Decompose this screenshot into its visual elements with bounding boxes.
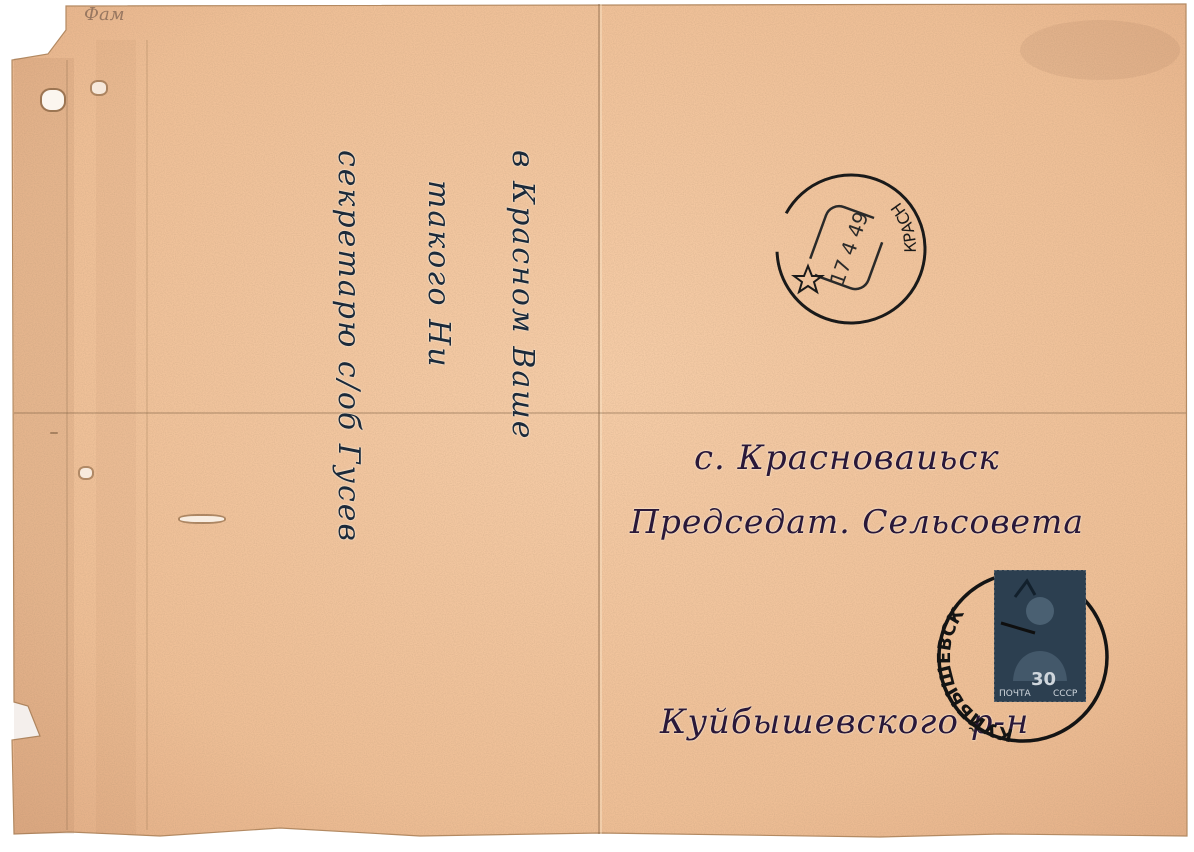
vertical-fold-highlight	[600, 4, 602, 834]
punch-hole	[42, 90, 64, 110]
postage-stamp: 30 ПОЧТА СССР	[994, 570, 1086, 702]
stamp-label-left: ПОЧТА	[999, 689, 1031, 699]
left-handwriting-line-3: секретарю с/об Гусев	[331, 150, 366, 543]
paper-mark	[50, 432, 58, 434]
punch-hole	[92, 82, 106, 94]
left-margin-fold	[66, 60, 68, 830]
stamp-denomination: 30	[1031, 669, 1056, 690]
star-icon	[794, 266, 822, 292]
left-handwriting-line-2: такого Ни	[421, 180, 456, 369]
corner-note: Фам	[84, 4, 125, 25]
left-handwriting-line-1: в Красном Ваше	[505, 150, 540, 440]
punch-hole	[80, 468, 92, 478]
horizontal-fold-line	[14, 412, 1186, 414]
stamp-label-right: СССР	[1053, 689, 1077, 699]
address-line-village: с. Красноваиьск	[694, 438, 1000, 478]
left-inner-fold	[146, 40, 148, 830]
address-line-recipient: Председат. Сельсовета	[630, 502, 1084, 541]
postmark-date: 17 4 49	[825, 208, 874, 288]
scanned-letter: Фам в Красном Ваше такого Ни секретарю с…	[0, 0, 1194, 852]
upper-postmark: 17 4 49 КРАСН	[756, 164, 946, 334]
paper-tear	[180, 516, 224, 522]
